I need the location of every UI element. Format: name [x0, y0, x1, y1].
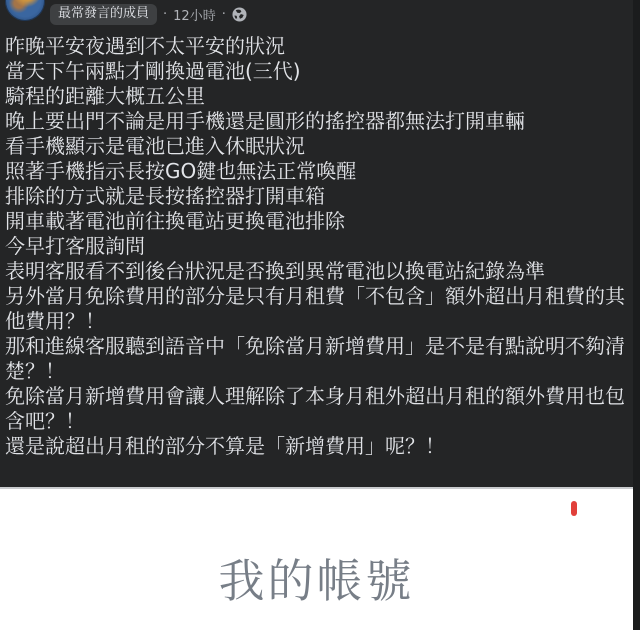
post-line: 看手機顯示是電池已進入休眠狀況 [5, 134, 628, 159]
post-line: 那和進線客服聽到語音中「免除當月新增費用」是不是有點說明不夠清楚？！ [5, 334, 628, 384]
post-text: 昨晚平安夜遇到不太平安的狀況 當天下午兩點才剛換過電池(三代) 騎程的距離大概五… [0, 30, 633, 459]
post-line: 另外當月免除費用的部分是只有月租費「不包含」額外超出月租費的其他費用？！ [5, 284, 628, 334]
member-badge-label: 最常發言的成員 [58, 6, 149, 21]
post-line: 騎程的距離大概五公里 [5, 84, 628, 109]
attached-screenshot-image[interactable]: 我的帳號 [0, 487, 633, 630]
post-line: 還是說超出月租的部分不算是「新增費用」呢？！ [5, 434, 628, 459]
post-line: 開車載著電池前往換電站更換電池排除 [5, 209, 628, 234]
post-line: 當天下午兩點才剛換過電池(三代) [5, 59, 628, 84]
post-line: 表明客服看不到後台狀況是否換到異常電池以換電站紀錄為準 [5, 259, 628, 284]
post-line: 今早打客服詢問 [5, 234, 628, 259]
post-timestamp[interactable]: 12小時 [173, 5, 216, 24]
globe-privacy-icon [232, 7, 247, 22]
post-line: 免除當月新增費用會讓人理解除了本身月租外超出月租的額外費用也包含吧？！ [5, 384, 628, 434]
post-line: 排除的方式就是長按搖控器打開車箱 [5, 184, 628, 209]
post-line: 昨晚平安夜遇到不太平安的狀況 [5, 34, 628, 59]
meta-separator-dot: · [222, 7, 226, 22]
attachment-title: 我的帳號 [0, 545, 633, 611]
member-badge[interactable]: 最常發言的成員 [50, 4, 157, 25]
post-header: 最常發言的成員 · 12小時 · [0, 0, 640, 30]
facebook-post-dark: 最常發言的成員 · 12小時 · 昨晚平安夜遇到不太平安的狀況 當天下午兩點才剛… [0, 0, 640, 630]
post-line: 晚上要出門不論是用手機還是圓形的搖控器都無法打開車輛 [5, 109, 628, 134]
avatar[interactable] [5, 0, 45, 21]
meta-separator-dot: · [163, 7, 167, 22]
right-edge-strip [633, 0, 640, 630]
post-line: 照著手機指示長按GO鍵也無法正常喚醒 [5, 159, 628, 184]
red-annotation-mark [571, 501, 577, 516]
post-meta: 最常發言的成員 · 12小時 · [50, 4, 247, 25]
